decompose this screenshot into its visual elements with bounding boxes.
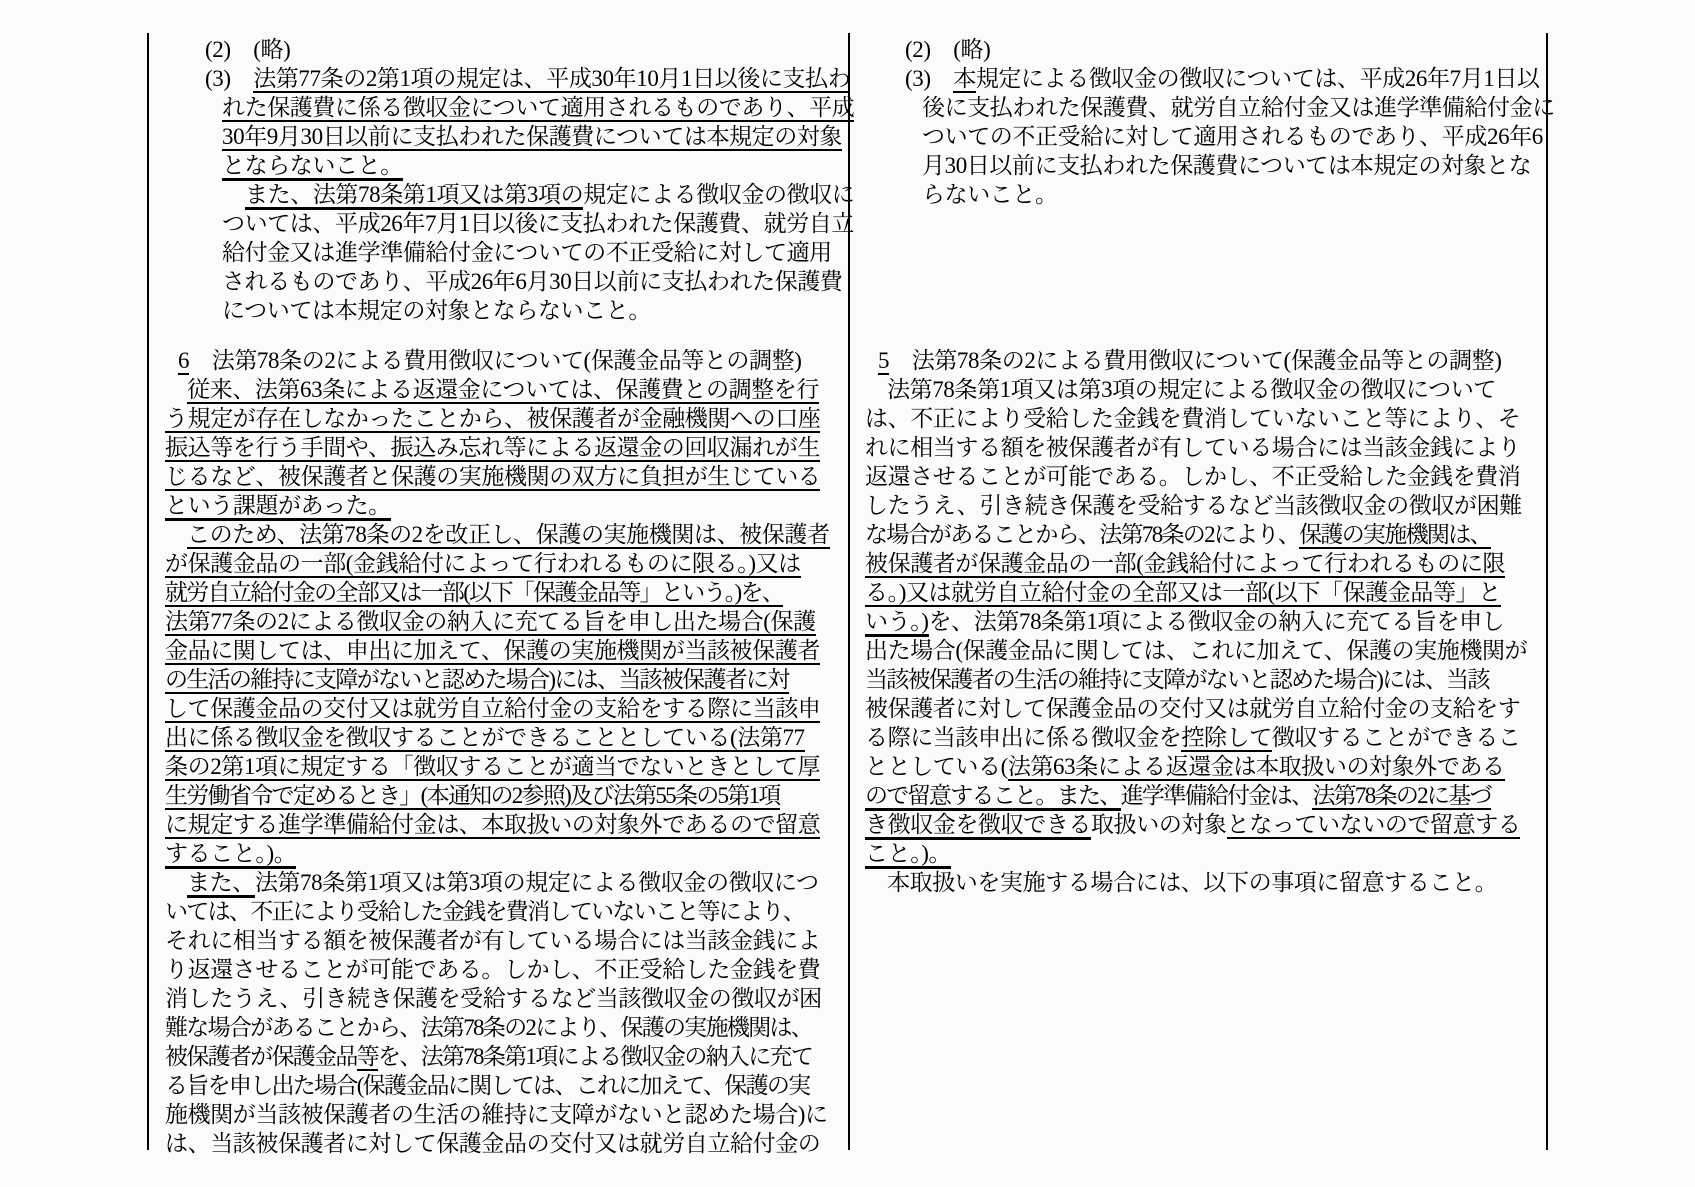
text-line: 5 法第78条の2による費用徴収について(保護金品等との調整) [865, 346, 1555, 375]
text-line: (3) 本規定による徴収金の徴収については、平成26年7月1日以 [865, 64, 1555, 93]
underlined-revision-text: 条の2第1項に規定する「徴収することが適当でないときとして厚 [165, 754, 820, 781]
text-line: 被保護者が保護金品等を、法第78条第1項による徴収金の納入に充て [165, 1042, 855, 1071]
underlined-revision-text: 本 [953, 66, 976, 93]
text-segment: 進学準備給付金は、 [1121, 783, 1313, 808]
underlined-revision-text: すること。)。 [165, 841, 296, 869]
underlined-revision-text: という課題があった。 [165, 493, 391, 521]
underlined-revision-text: 6 [178, 348, 189, 375]
underlined-revision-text: いう。) [865, 609, 929, 637]
underlined-revision-text: 法第78条の2に基づ [1312, 783, 1491, 810]
text-line: 被保護者が保護金品の一部(金銭給付によって行われるものに限 [865, 549, 1555, 578]
text-segment: (2) (略) [205, 37, 290, 62]
text-line: こと。)。 [865, 839, 1555, 868]
text-segment: を、法第78条第1項による徴収金の納入に充て [378, 1044, 812, 1069]
text-line: る旨を申し出た場合(保護金品に関しては、これに加えて、保護の実 [165, 1071, 855, 1100]
text-line: 6 法第78条の2による費用徴収について(保護金品等との調整) [165, 346, 855, 375]
text-line: ついては、平成26年7月1日以後に支払われた保護費、就労自立 [165, 209, 855, 238]
underlined-revision-text: このため、法第78条の2を改正し、保護の実施機関は、被保護者 [187, 522, 830, 549]
text-line: とならないこと。 [165, 151, 855, 180]
underlined-revision-text: 金品に関しては、申出に加えて、保護の実施機関が当該被保護者 [165, 638, 820, 665]
text-line: が保護金品の一部(金銭給付によって行われるものに限る。)又は [165, 549, 855, 578]
text-line: れに相当する額を被保護者が有している場合には当該金銭により [865, 433, 1555, 462]
underlined-revision-text: う規定が存在しなかったことから、被保護者が金融機関への口座 [165, 406, 820, 433]
underlined-revision-text: れた保護費に係る徴収金について適用されるものであり、平成 [222, 95, 854, 122]
text-line: 生労働省令で定めるとき」(本通知の2参照)及び法第55条の5第1項 [165, 781, 855, 810]
text-segment: れに相当する額を被保護者が有している場合には当該金銭により [865, 435, 1520, 460]
text-line: ついての不正受給に対して適用されるものであり、平成26年6 [865, 122, 1555, 151]
text-segment: 規定による徴収金の徴収については、平成26年7月1日以 [976, 66, 1540, 91]
text-segment: されるものであり、平成26年6月30日以前に支払われた保護費 [222, 269, 843, 294]
underlined-revision-text: また、法第78条第1項又は第3項の [245, 182, 583, 210]
text-segment: ついては、平成26年7月1日以後に支払われた保護費、就労自立 [222, 211, 854, 236]
text-line: 条の2第1項に規定する「徴収することが適当でないときとして厚 [165, 752, 855, 781]
text-segment: は、当該被保護者に対して保護金品の交付又は就労自立給付金の [165, 1131, 820, 1156]
underlined-revision-text: 生労働省令で定めるとき」(本通知の2参照)及び法第55条の5第1項 [165, 783, 780, 810]
text-segment: ととしている( [865, 754, 1008, 779]
text-segment [189, 348, 212, 373]
text-segment: 出た場合(保護金品に関しては、これに加えて、保護の実施機関が [865, 638, 1527, 663]
text-segment: 法第78条第1項又は第3項の規定による徴収金の徴収につ [255, 870, 819, 895]
text-line: 出た場合(保護金品に関しては、これに加えて、保護の実施機関が [865, 636, 1555, 665]
text-line: されるものであり、平成26年6月30日以前に支払われた保護費 [165, 267, 855, 296]
underlined-revision-text: 振込等を行う手間や、振込み忘れ等による返還金の回収漏れが生 [165, 435, 820, 462]
text-segment [889, 348, 912, 373]
text-line: らないこと。 [865, 180, 1555, 209]
text-line: 金品に関しては、申出に加えて、保護の実施機関が当該被保護者 [165, 636, 855, 665]
text-line: 法第77条の2による徴収金の納入に充てる旨を申し出た場合(保護 [165, 607, 855, 636]
text-line: 振込等を行う手間や、振込み忘れ等による返還金の回収漏れが生 [165, 433, 855, 462]
text-line: る。)又は就労自立給付金の全部又は一部(以下「保護金品等」と [865, 578, 1555, 607]
underlined-revision-text: 保護の実施機関は、 [1299, 522, 1491, 549]
underlined-revision-text: こと。)。 [865, 841, 951, 869]
text-segment: な場合があることから、法第78条の2により、 [865, 522, 1299, 547]
text-line: このため、法第78条の2を改正し、保護の実施機関は、被保護者 [165, 520, 855, 549]
text-line: 従来、法第63条による返還金については、保護費との調整を行 [165, 375, 855, 404]
text-line: 出に係る徴収金を徴収することができることとしている(法第77 [165, 723, 855, 752]
underlined-revision-text: 就労自立給付金の全部又は一部(以下「保護金品等」という。)を、 [165, 580, 783, 607]
underlined-revision-text: 法第63条による返還金は本取扱いの対象外である [1008, 754, 1505, 781]
text-segment: は、不正により受給した金銭を費消していないこと等により、そ [865, 406, 1520, 431]
text-segment: については本規定の対象とならないこと。 [222, 298, 651, 323]
text-segment: 法第78条第1項又は第3項の規定による徴収金の徴収について [887, 377, 1496, 402]
underlined-revision-text: 30年9月30日以前に支払われた保護費については本規定の対象 [222, 124, 842, 151]
text-line: 後に支払われた保護費、就労自立給付金又は進学準備給付金に [865, 93, 1555, 122]
text-segment: 法第78条の2による費用徴収について(保護金品等との調整) [212, 348, 802, 373]
text-line: それに相当する額を被保護者が有している場合には当該金銭によ [165, 926, 855, 955]
text-line: の生活の維持に支障がないと認めた場合)には、当該被保護者に対 [165, 665, 855, 694]
text-segment: ついての不正受給に対して適用されるものであり、平成26年6 [922, 124, 1543, 149]
text-line: 当該被保護者の生活の維持に支障がないと認めた場合)には、当該 [865, 665, 1555, 694]
underlined-revision-text: に規定する進学準備給付金は、本取扱いの対象外であるので留意 [165, 812, 820, 839]
comparison-table-page: { "page": { "background": "#fbfbfb", "te… [0, 0, 1695, 1187]
text-line: 30年9月30日以前に支払われた保護費については本規定の対象 [165, 122, 855, 151]
text-segment: 法第78条の2による費用徴収について(保護金品等との調整) [912, 348, 1502, 373]
underlined-revision-text: 等 [357, 1044, 378, 1071]
underlined-revision-text: また、 [187, 870, 255, 898]
text-segment: る際に当該申出に係る徴収金を [865, 725, 1181, 750]
text-line: 消したうえ、引き続き保護を受給するなど当該徴収金の徴収が困 [165, 984, 855, 1013]
underlined-revision-text: とならないこと。 [222, 153, 403, 181]
text-line: ととしている(法第63条による返還金は本取扱いの対象外である [865, 752, 1555, 781]
text-segment: る旨を申し出た場合(保護金品に関しては、これに加えて、保護の実 [165, 1073, 810, 1098]
underlined-revision-text: 法第77条の2による徴収金の納入に充てる旨を申し出た場合(保護 [165, 609, 816, 636]
text-segment: 当該被保護者の生活の維持に支障がないと認めた場合)には、当該 [865, 667, 1489, 692]
text-segment: (2) (略) [905, 37, 990, 62]
amended-text-column: (2) (略)(3) 法第77条の2第1項の規定は、平成30年10月1日以後に支… [165, 35, 855, 1158]
text-line: じるなど、被保護者と保護の実施機関の双方に負担が生じている [165, 462, 855, 491]
underlined-revision-text: して保護金品の交付又は就労自立給付金の支給をする際に当該申 [165, 696, 820, 723]
underlined-revision-text: が保護金品の一部(金銭給付によって行われるものに限る。)又は [165, 551, 801, 578]
text-segment: 月30日以前に支払われた保護費については本規定の対象とな [922, 153, 1531, 178]
text-line: 返還させることが可能である。しかし、不正受給した金銭を費消 [865, 462, 1555, 491]
text-line: る際に当該申出に係る徴収金を控除して徴収することができるこ [865, 723, 1555, 752]
text-line: については本規定の対象とならないこと。 [165, 296, 855, 325]
text-segment: 被保護者が保護金品 [165, 1044, 357, 1069]
text-segment: 後に支払われた保護費、就労自立給付金又は進学準備給付金に [922, 95, 1555, 120]
text-segment: それに相当する額を被保護者が有している場合には当該金銭によ [165, 928, 820, 953]
text-line: したうえ、引き続き保護を受給するなど当該徴収金の徴収が困難 [865, 491, 1555, 520]
underlined-revision-text: の生活の維持に支障がないと認めた場合)には、当該被保護者に対 [165, 667, 789, 694]
text-line: 被保護者に対して保護金品の交付又は就労自立給付金の支給をす [865, 694, 1555, 723]
text-line: して保護金品の交付又は就労自立給付金の支給をする際に当該申 [165, 694, 855, 723]
text-line: (3) 法第77条の2第1項の規定は、平成30年10月1日以後に支払わ [165, 64, 855, 93]
text-line: り返還させることが可能である。しかし、不正受給した金銭を費 [165, 955, 855, 984]
underlined-revision-text: 被保護者が保護金品の一部(金銭給付によって行われるものに限 [865, 551, 1505, 578]
text-segment: 施機関が当該被保護者の生活の維持に支障がないと認めた場合)に [165, 1102, 828, 1127]
text-segment: したうえ、引き続き保護を受給するなど当該徴収金の徴収が困難 [865, 493, 1522, 518]
block-spacer [865, 209, 1555, 346]
text-line: に規定する進学準備給付金は、本取扱いの対象外であるので留意 [165, 810, 855, 839]
text-segment: 徴収することができるこ [1272, 725, 1521, 750]
text-line: (2) (略) [165, 35, 855, 64]
text-line: は、不正により受給した金銭を費消していないこと等により、そ [865, 404, 1555, 433]
underlined-revision-text: じるなど、被保護者と保護の実施機関の双方に負担が生じている [165, 464, 820, 491]
text-line: な場合があることから、法第78条の2により、保護の実施機関は、 [865, 520, 1555, 549]
text-line: いう。)を、法第78条第1項による徴収金の納入に充てる旨を申し [865, 607, 1555, 636]
text-segment: 給付金又は進学準備給付金についての不正受給に対して適用 [222, 240, 832, 265]
text-segment: を、法第78条第1項による徴収金の納入に充てる旨を申し [929, 609, 1505, 634]
text-line: 月30日以前に支払われた保護費については本規定の対象とな [865, 151, 1555, 180]
text-line: 就労自立給付金の全部又は一部(以下「保護金品等」という。)を、 [165, 578, 855, 607]
text-line: すること。)。 [165, 839, 855, 868]
text-segment: 本取扱いを実施する場合には、以下の事項に留意すること。 [887, 870, 1497, 895]
underlined-revision-text: 法第77条の2第1項の規定は、平成30年10月1日以後に支払わ [253, 66, 850, 93]
underlined-revision-text: となっていないので留意する [1227, 812, 1521, 839]
text-line: 法第78条第1項又は第3項の規定による徴収金の徴収について [865, 375, 1555, 404]
text-segment: 被保護者に対して保護金品の交付又は就労自立給付金の支給をす [865, 696, 1520, 721]
current-text-column: (2) (略)(3) 本規定による徴収金の徴収については、平成26年7月1日以後… [865, 35, 1555, 897]
text-line: (2) (略) [865, 35, 1555, 64]
text-segment: (3) [205, 66, 253, 91]
text-segment: らないこと。 [922, 182, 1058, 207]
text-line: き徴収金を徴収できる取扱いの対象となっていないので留意する [865, 810, 1555, 839]
text-segment: 返還させることが可能である。しかし、不正受給した金銭を費消 [865, 464, 1520, 489]
underlined-revision-text: ので留意すること。また、 [865, 783, 1121, 811]
underlined-revision-text: き徴収金を徴収できる [865, 812, 1091, 840]
underlined-revision-text: 出に係る徴収金を徴収することができることとしている(法第77 [165, 725, 805, 752]
text-line: 本取扱いを実施する場合には、以下の事項に留意すること。 [865, 868, 1555, 897]
underlined-revision-text: る。)又は就労自立給付金の全部又は一部(以下「保護金品等」と [865, 580, 1501, 607]
text-line: という課題があった。 [165, 491, 855, 520]
text-line: 施機関が当該被保護者の生活の維持に支障がないと認めた場合)に [165, 1100, 855, 1129]
text-line: ので留意すること。また、進学準備給付金は、法第78条の2に基づ [865, 781, 1555, 810]
text-segment: (3) [905, 66, 953, 91]
text-line: は、当該被保護者に対して保護金品の交付又は就労自立給付金の [165, 1129, 855, 1158]
vertical-rule-left [147, 33, 149, 1150]
underlined-revision-text: 控除して [1181, 725, 1271, 752]
block-spacer [165, 325, 855, 346]
text-segment: り返還させることが可能である。しかし、不正受給した金銭を費 [165, 957, 820, 982]
text-segment: 難な場合があることから、法第78条の2により、保護の実施機関は、 [165, 1015, 812, 1040]
underlined-revision-text: 従来、法第63条による返還金については、保護費との調整を行 [187, 377, 819, 404]
text-segment: 取扱いの対象 [1091, 812, 1227, 837]
text-segment: 消したうえ、引き続き保護を受給するなど当該徴収金の徴収が困 [165, 986, 822, 1011]
text-line: また、法第78条第1項又は第3項の規定による徴収金の徴収に [165, 180, 855, 209]
text-line: う規定が存在しなかったことから、被保護者が金融機関への口座 [165, 404, 855, 433]
text-line: いては、不正により受給した金銭を費消していないこと等により、 [165, 897, 855, 926]
text-line: また、法第78条第1項又は第3項の規定による徴収金の徴収につ [165, 868, 855, 897]
text-line: れた保護費に係る徴収金について適用されるものであり、平成 [165, 93, 855, 122]
text-segment: いては、不正により受給した金銭を費消していないこと等により、 [165, 899, 804, 924]
text-line: 難な場合があることから、法第78条の2により、保護の実施機関は、 [165, 1013, 855, 1042]
text-segment: 規定による徴収金の徴収に [583, 182, 854, 207]
text-line: 給付金又は進学準備給付金についての不正受給に対して適用 [165, 238, 855, 267]
underlined-revision-text: 5 [878, 348, 889, 375]
